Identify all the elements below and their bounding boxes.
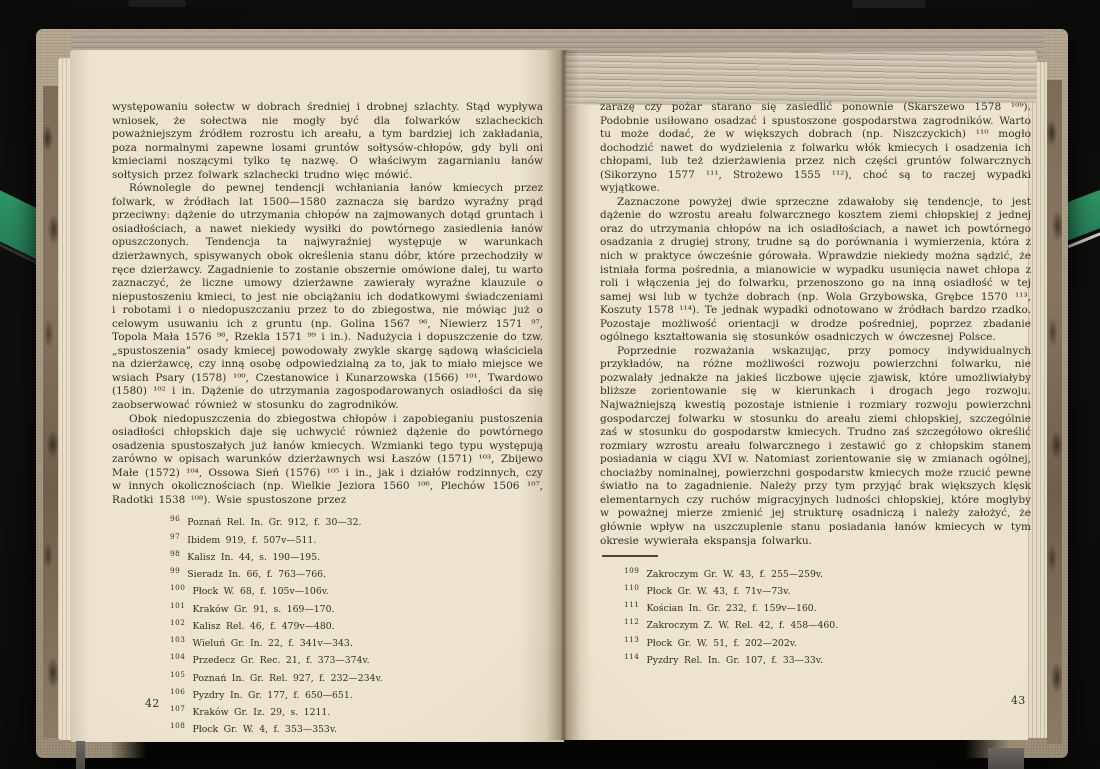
footnote-text: Kalisz Rel. 46, f. 479v—480.	[192, 621, 334, 632]
footnote-text: Zakroczym Z. W. Rel. 42, f. 458—460.	[646, 620, 838, 631]
footnote: 100Płock W. 68, f. 105v—106v.	[112, 581, 543, 598]
footnote: 101Kraków Gr. 91, s. 169—170.	[112, 599, 543, 616]
book-scan-photo: występowaniu sołectw w dobrach średniej …	[0, 0, 1100, 769]
book-cradle-tab-left	[76, 741, 85, 769]
footnote: 106Pyzdry In. Gr. 177, f. 650—651.	[112, 685, 543, 702]
paragraph: Poprzednie rozważania wskazując, przy po…	[600, 345, 1031, 548]
footnotes-left: 96Poznań Rel. In. Gr. 912, f. 30—32. 97I…	[112, 512, 543, 736]
page-stack-edges-top-right	[565, 51, 1037, 105]
footnote: 107Kraków Gr. Iz. 29, s. 1211.	[112, 702, 543, 719]
footnote: 113Płock Gr. W. 51, f. 202—202v.	[600, 633, 1031, 650]
footnote-number: 101	[170, 601, 185, 610]
footnote-number: 103	[170, 635, 185, 644]
paragraph: Zaznaczone powyżej dwie sprzeczne zdawał…	[600, 196, 1031, 345]
marbled-edge-right	[1047, 80, 1062, 744]
footnote-number: 102	[170, 618, 185, 627]
footnote-text: Pyzdry Rel. In. Gr. 107, f. 33—33v.	[646, 655, 822, 666]
footnote: 97Ibidem 919, f. 507v—511.	[112, 530, 543, 547]
footnote-text: Ibidem 919, f. 507v—511.	[187, 535, 316, 546]
footnote-text: Płock Gr. W. 51, f. 202—202v.	[646, 638, 796, 649]
footnote: 99Sieradz In. 66, f. 763—766.	[112, 564, 543, 581]
footnote: 114Pyzdry Rel. In. Gr. 107, f. 33—33v.	[600, 650, 1031, 667]
footnote-text: Przedecz Gr. Rec. 21, f. 373—374v.	[192, 655, 369, 666]
footnote-number: 113	[624, 635, 639, 644]
footnote: 98Kalisz In. 44, s. 190—195.	[112, 547, 543, 564]
footnote-number: 96	[170, 514, 180, 523]
footnote-number: 105	[170, 670, 185, 679]
page-left-text-column: występowaniu sołectw w dobrach średniej …	[112, 101, 543, 737]
footnote-text: Poznań In. Gr. Rel. 927, f. 232—234v.	[192, 673, 382, 684]
book-cradle-tab-right	[988, 748, 1024, 769]
page-right-text-column: zarazę czy pożar starano się zasiedlić p…	[600, 101, 1031, 667]
footnote: 112Zakroczym Z. W. Rel. 42, f. 458—460.	[600, 615, 1031, 632]
footnote-text: Kraków Gr. 91, s. 169—170.	[192, 604, 334, 615]
footnote: 109Zakroczym Gr. W. 43, f. 255—259v.	[600, 564, 1031, 581]
paragraph: zarazę czy pożar starano się zasiedlić p…	[600, 101, 1031, 196]
footnote-number: 98	[170, 549, 180, 558]
footnote-text: Kościan In. Gr. 232, f. 159v—160.	[646, 603, 816, 614]
footnote: 108Płock Gr. W. 4, f. 353—353v.	[112, 719, 543, 736]
footnote: 111Kościan In. Gr. 232, f. 159v—160.	[600, 598, 1031, 615]
footnote: 96Poznań Rel. In. Gr. 912, f. 30—32.	[112, 512, 543, 529]
footnotes-right: 109Zakroczym Gr. W. 43, f. 255—259v. 110…	[600, 564, 1031, 668]
footnote-number: 114	[624, 652, 639, 661]
footnote-text: Wieluń Gr. In. 22, f. 341v—343.	[192, 638, 352, 649]
footnote-number: 107	[170, 704, 185, 713]
book-gutter-shadow	[546, 50, 580, 740]
footnote-number: 100	[170, 583, 185, 592]
page-number-left: 42	[145, 697, 160, 710]
footnote-number: 109	[624, 566, 639, 575]
footnote-text: Poznań Rel. In. Gr. 912, f. 30—32.	[187, 517, 361, 528]
footnote-text: Pyzdry In. Gr. 177, f. 650—651.	[192, 690, 352, 701]
footnote-text: Sieradz In. 66, f. 763—766.	[187, 569, 326, 580]
footnote-separator-rule	[602, 555, 658, 557]
footnote: 103Wieluń Gr. In. 22, f. 341v—343.	[112, 633, 543, 650]
paragraph: Równolegle do pewnej tendencji wchłanian…	[112, 182, 543, 412]
paragraph: występowaniu sołectw w dobrach średniej …	[112, 101, 543, 182]
background-smudge	[852, 0, 926, 8]
footnote-text: Zakroczym Gr. W. 43, f. 255—259v.	[646, 569, 823, 580]
footnote: 105Poznań In. Gr. Rel. 927, f. 232—234v.	[112, 668, 543, 685]
footnote: 110Płock Gr. W. 43, f. 71v—73v.	[600, 581, 1031, 598]
background-smudge	[128, 0, 186, 7]
footnote-number: 108	[170, 721, 185, 730]
footnote-text: Kalisz In. 44, s. 190—195.	[187, 552, 320, 563]
footnote-number: 97	[170, 532, 180, 541]
footnote-text: Kraków Gr. Iz. 29, s. 1211.	[192, 707, 330, 718]
marbled-edge-left	[43, 86, 58, 738]
footnote: 104Przedecz Gr. Rec. 21, f. 373—374v.	[112, 650, 543, 667]
footnote-number: 106	[170, 687, 185, 696]
page-number-right: 43	[1011, 694, 1026, 707]
footnote-number: 112	[624, 617, 639, 626]
footnote-number: 99	[170, 566, 180, 575]
footnote-number: 110	[624, 583, 639, 592]
footnote-number: 111	[624, 600, 639, 609]
footnote-text: Płock Gr. W. 43, f. 71v—73v.	[646, 586, 790, 597]
paragraph: Obok niedopuszczenia do zbiegostwa chłop…	[112, 413, 543, 508]
footnote-text: Płock Gr. W. 4, f. 353—353v.	[192, 724, 337, 735]
footnote: 102Kalisz Rel. 46, f. 479v—480.	[112, 616, 543, 633]
footnote-text: Płock W. 68, f. 105v—106v.	[192, 586, 328, 597]
footnote-number: 104	[170, 652, 185, 661]
